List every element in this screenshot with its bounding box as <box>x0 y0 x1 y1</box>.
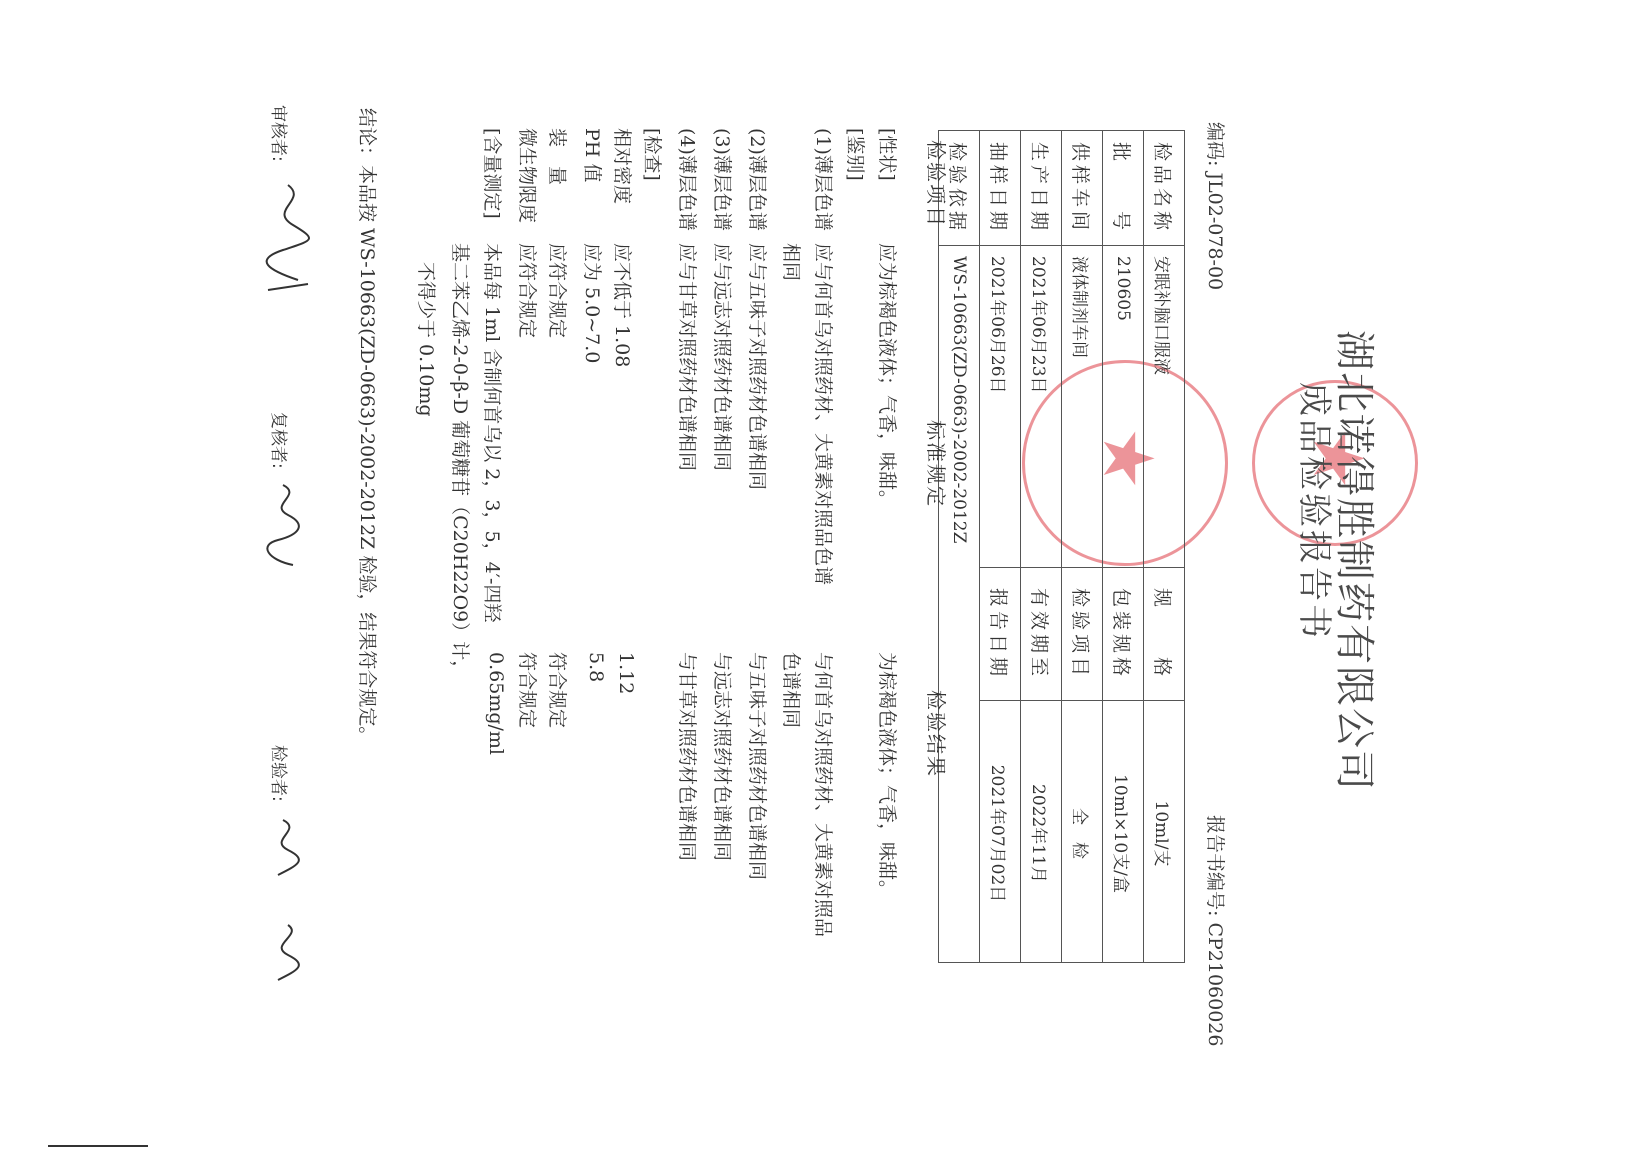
table-row: 抽样日期 2021年06月26日 报告日期 2021年07月02日 <box>980 131 1021 963</box>
cell-value: 2022年11月 <box>1021 701 1062 963</box>
inspector-label: 检验者: <box>268 745 293 802</box>
result-item-label: [含量测定] <box>480 128 507 219</box>
cell-value: 2021年06月26日 <box>980 246 1021 568</box>
cell-label: 有效期至 <box>1021 568 1062 701</box>
inspector-signature <box>263 815 308 985</box>
result-item-label: [检查] <box>640 128 667 181</box>
cell-label: 抽样日期 <box>980 131 1021 246</box>
cell-value: 全 检 <box>1062 701 1103 963</box>
result-item-standard: 应与何首乌对照药材、大黄素对照品色谱 <box>811 243 838 585</box>
result-item-value-cont: 色谱相同 <box>779 652 806 728</box>
result-item-value: 为棕褐色液体；气香，味甜。 <box>875 652 902 899</box>
reviewer-signature <box>263 480 308 570</box>
result-item-standard: 应与远志对照药材色谱相同 <box>710 243 737 471</box>
report-title: 成品检验报告书 <box>1293 382 1342 641</box>
result-item-label: 微生物限度 <box>515 128 542 223</box>
product-info-table: 检品名称 安眠补脑口服液 规 格 10ml/支 批 号 210605 包装规格 … <box>938 130 1185 963</box>
result-item-standard: 应符合规定 <box>515 243 542 338</box>
report-number: 报告书编号: CP21060026 <box>1203 815 1230 1046</box>
result-item-standard: 应符合规定 <box>545 243 572 338</box>
cell-label: 包装规格 <box>1103 568 1144 701</box>
result-item-standard: 应为 5.0~7.0 <box>580 243 607 363</box>
result-item-value: 1.12 <box>615 652 637 694</box>
cell-label: 报告日期 <box>980 568 1021 701</box>
approver-signature <box>258 180 318 300</box>
result-item-standard: 本品每 1ml 含制何首乌以 2，3，5，4′-四羟 <box>480 243 507 622</box>
cell-value: 2021年07月02日 <box>980 701 1021 963</box>
result-item-value: 5.8 <box>585 652 607 682</box>
result-item-value: 符合规定 <box>515 652 542 728</box>
result-item-standard-cont: 相同 <box>779 243 806 281</box>
result-item-label: (3)薄层色谱 <box>710 128 737 231</box>
result-item-standard: 应为棕褐色液体；气香，味甜。 <box>875 243 902 509</box>
cell-value: 10ml/支 <box>1144 701 1185 963</box>
cell-label: 供样车间 <box>1062 131 1103 246</box>
result-item-standard-cont: 不得少于 0.10mg <box>414 262 441 417</box>
reviewer-label: 复核者: <box>268 412 293 469</box>
table-row: 供样车间 液体制剂车间 检验项目 全 检 <box>1062 131 1103 963</box>
approver-label: 审核者: <box>268 105 293 162</box>
result-item-standard-cont: 基二苯乙烯-2-0-β-D 葡萄糖苷（C20H22O9）计， <box>448 243 475 679</box>
result-item-value: 与五味子对照药材色谱相同 <box>745 652 772 880</box>
table-row: 批 号 210605 包装规格 10ml×10支/盒 <box>1103 131 1144 963</box>
result-item-label: [鉴别] <box>843 128 870 181</box>
form-code-value: JL02-078-00 <box>1204 172 1226 290</box>
report-page: ★ ★ 湖北诺得胜制药有限公司 成品检验报告书 编码: JL02-078-00 … <box>0 0 1638 1158</box>
result-item-label: 装 量 <box>545 128 572 185</box>
result-item-standard: 应不低于 1.08 <box>610 243 637 367</box>
form-code-label: 编码: <box>1204 122 1226 166</box>
footer-rule <box>48 1145 148 1147</box>
table-row: 检验依据 WS-10663(ZD-0663)-2002-2012Z <box>939 131 980 963</box>
result-item-value: 符合规定 <box>545 652 572 728</box>
result-item-value: 与远志对照药材色谱相同 <box>710 652 737 861</box>
column-header-item: 检验项目 <box>923 140 952 228</box>
result-item-label: (4)薄层色谱 <box>675 128 702 231</box>
form-code: 编码: JL02-078-00 <box>1203 122 1230 290</box>
cell-label: 检验项目 <box>1062 568 1103 701</box>
result-item-value: 0.65mg/ml <box>485 652 507 755</box>
cell-value: 2021年06月23日 <box>1021 246 1062 568</box>
report-number-label: 报告书编号: <box>1204 815 1226 916</box>
result-item-standard: 应与甘草对照药材色谱相同 <box>675 243 702 471</box>
conclusion: 结论：本品按 WS-10663(ZD-0663)-2002-2012Z 检验，结… <box>355 108 382 745</box>
result-item-label: (2)薄层色谱 <box>745 128 772 231</box>
result-item-label: 相对密度 <box>610 128 637 204</box>
table-row: 生产日期 2021年06月23日 有效期至 2022年11月 <box>1021 131 1062 963</box>
cell-value: WS-10663(ZD-0663)-2002-2012Z <box>939 246 980 963</box>
result-item-label: [性状] <box>875 128 902 181</box>
cell-value: 10ml×10支/盒 <box>1103 701 1144 963</box>
cell-label: 生产日期 <box>1021 131 1062 246</box>
cell-value: 210605 <box>1103 246 1144 568</box>
report-number-value: CP21060026 <box>1204 922 1226 1046</box>
table-row: 检品名称 安眠补脑口服液 规 格 10ml/支 <box>1144 131 1185 963</box>
result-item-label: PH 值 <box>580 128 607 182</box>
result-item-label: (1)薄层色谱 <box>811 128 838 231</box>
column-header-result: 检验结果 <box>923 690 952 778</box>
cell-label: 批 号 <box>1103 131 1144 246</box>
result-item-standard: 应与五味子对照药材色谱相同 <box>745 243 772 490</box>
result-item-value: 与甘草对照药材色谱相同 <box>675 652 702 861</box>
cell-value: 液体制剂车间 <box>1062 246 1103 568</box>
cell-label: 规 格 <box>1144 568 1185 701</box>
cell-label: 检品名称 <box>1144 131 1185 246</box>
cell-value: 安眠补脑口服液 <box>1144 246 1185 568</box>
result-item-value: 与何首乌对照药材、大黄素对照品 <box>811 652 838 937</box>
column-header-standard: 标准规定 <box>923 420 952 508</box>
